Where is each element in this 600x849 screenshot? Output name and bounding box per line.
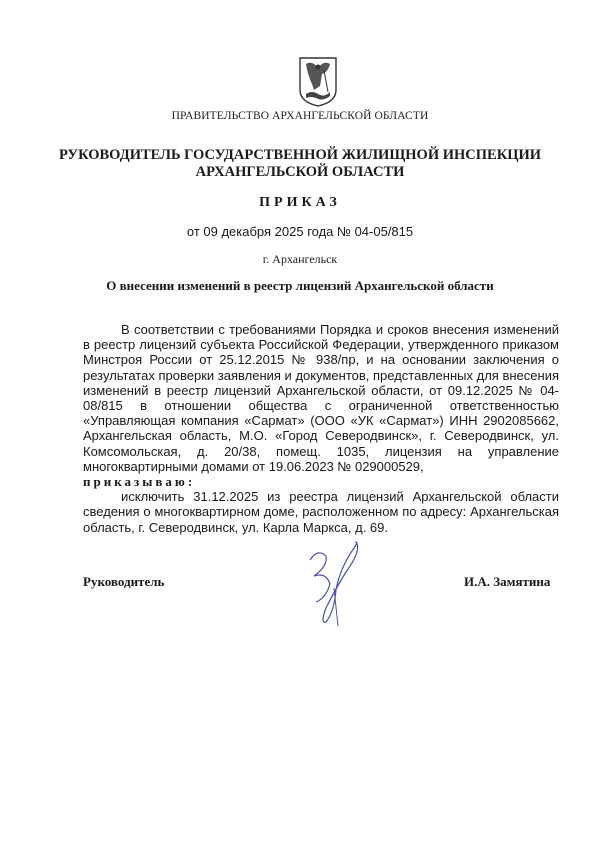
preamble-paragraph: В соответствии с требованиями Порядка и … (83, 322, 559, 474)
order-city: г. Архангельск (0, 252, 600, 267)
authority-title: РУКОВОДИТЕЛЬ ГОСУДАРСТВЕННОЙ ЖИЛИЩНОЙ ИН… (0, 147, 600, 181)
authority-title-line1: РУКОВОДИТЕЛЬ ГОСУДАРСТВЕННОЙ ЖИЛИЩНОЙ ИН… (0, 147, 600, 164)
order-keyword: приказываю: (83, 474, 195, 489)
document-type: ПРИКАЗ (0, 195, 600, 211)
order-subject: О внесении изменений в реестр лицензий А… (0, 278, 600, 294)
government-name: ПРАВИТЕЛЬСТВО АРХАНГЕЛЬСКОЙ ОБЛАСТИ (0, 110, 600, 122)
order-clause-paragraph: исключить 31.12.2025 из реестра лицензий… (83, 489, 559, 535)
coat-of-arms-icon (298, 56, 338, 108)
order-date-number: от 09 декабря 2025 года № 04-05/815 (0, 224, 600, 239)
order-body: В соответствии с требованиями Порядка и … (83, 322, 559, 535)
signatory-role: Руководитель (83, 574, 164, 590)
signatory-name: И.А. Замятина (464, 574, 550, 590)
authority-title-line2: АРХАНГЕЛЬСКОЙ ОБЛАСТИ (0, 164, 600, 181)
handwritten-signature-icon (296, 538, 368, 628)
